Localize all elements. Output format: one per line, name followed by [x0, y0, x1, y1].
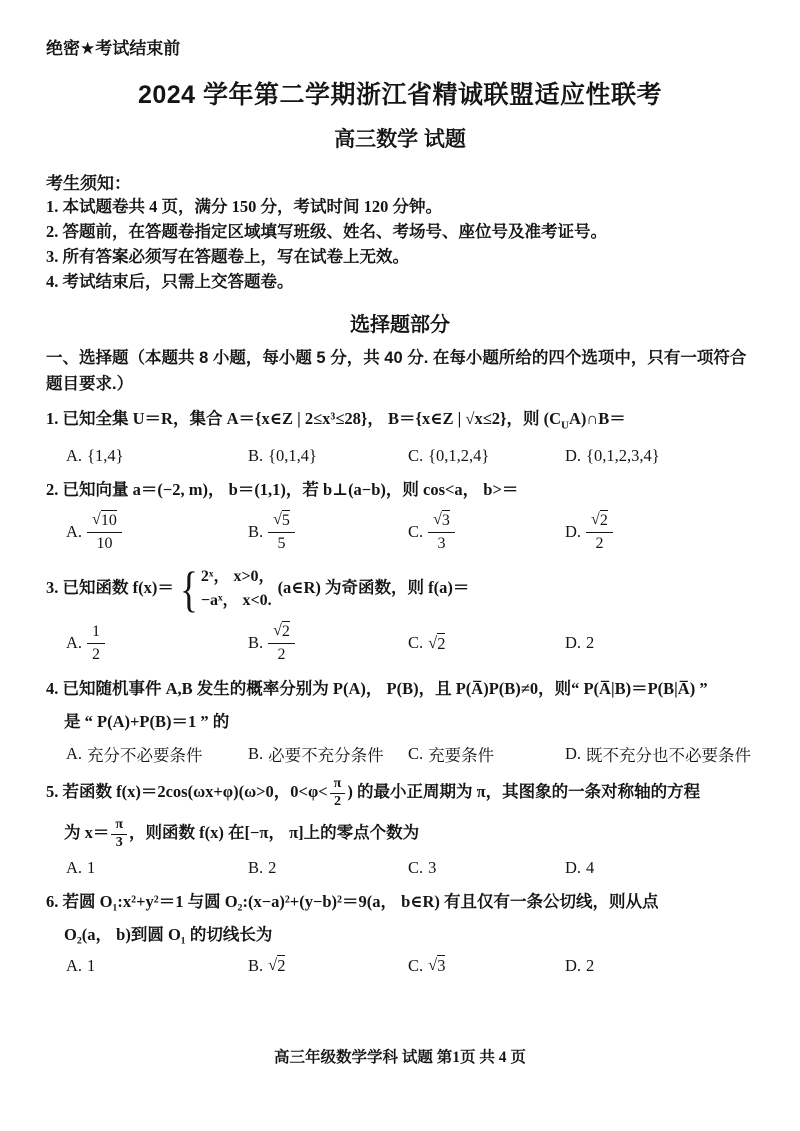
q5-option-d-text: 4 — [586, 858, 594, 878]
q2-option-d-radicand: 2 — [600, 510, 608, 531]
q2-option-a-fraction: 1010 — [87, 510, 122, 554]
question-4-options: A.充分不必要条件 B.必要不充分条件 C.充要条件 D.既不充分也不必要条件 — [46, 742, 754, 766]
question-2-stem: 2. 已知向量 a＝(−2, m)， b＝(1,1)，若 b⊥(a−b)，则 c… — [46, 476, 754, 503]
q2-option-c-radicand: 3 — [442, 510, 450, 531]
question-2-options: A.1010 B.55 C.33 D.22 — [46, 510, 754, 554]
question-5-stem-line-2: 为 x＝π3，则函数 f(x) 在[−π， π]上的零点个数为 — [46, 817, 754, 852]
question-3: 3. 已知函数 f(x)＝{2ˣ， x>0，−aˣ， x<0.(a∈R) 为奇函… — [46, 564, 754, 665]
q2-option-d-denominator: 2 — [595, 533, 603, 554]
notice-heading: 考生须知： — [46, 169, 754, 194]
q2-option-d: D.22 — [565, 510, 613, 554]
question-3-options: A.12 B.22 C.2 D.2 — [46, 621, 754, 665]
q4-option-a: A.充分不必要条件 — [66, 742, 248, 766]
exam-title: 2024 学年第二学期浙江省精诚联盟适应性联考 — [46, 75, 754, 111]
q6-option-c-radical: 3 — [428, 955, 445, 976]
q4-option-a-label: A. — [66, 744, 82, 764]
q1-option-a-label: A. — [66, 446, 82, 466]
q3-case-2: −aˣ， x<0. — [201, 589, 275, 614]
q4-option-d-label: D. — [565, 744, 581, 764]
question-1-options: A.{1,4} B.{0,1,4} C.{0,1,2,4} D.{0,1,2,3… — [46, 446, 754, 466]
q3-stem-post: (a∈R) 为奇函数，则 f(a)＝ — [278, 578, 470, 597]
q2-option-a-denominator: 10 — [96, 533, 112, 554]
q3-option-d-text: 2 — [586, 633, 594, 653]
q1-option-d-text: {0,1,2,3,4} — [586, 446, 660, 466]
q3-option-c-radical: 2 — [428, 633, 445, 654]
q2-option-c-denominator: 3 — [438, 533, 446, 554]
q2-option-b-label: B. — [248, 522, 263, 542]
q5-frac1-numerator: π — [330, 776, 346, 794]
q3-option-a-numerator: 1 — [87, 622, 105, 644]
q4-option-b-label: B. — [248, 744, 263, 764]
q5-stem-2a: 为 x＝ — [64, 823, 109, 842]
q4-option-c-label: C. — [408, 744, 423, 764]
section-heading: 选择题部分 — [46, 308, 754, 337]
q6-option-b-label: B. — [248, 956, 263, 976]
q2-option-b: B.55 — [248, 510, 408, 554]
brace-icon: { — [180, 564, 198, 614]
question-6: 6. 若圆 O₁:x²+y²＝1 与圆 O₂:(x−a)²+(y−b)²＝9(a… — [46, 888, 754, 976]
question-5-options: A.1 B.2 C.3 D.4 — [46, 858, 754, 878]
q2-option-d-fraction: 22 — [586, 510, 613, 554]
notice-item-2: 2. 答题前，在答题卷指定区域填写班级、姓名、考场号、座位号及准考证号。 — [46, 219, 754, 244]
q1-option-b-text: {0,1,4} — [268, 446, 317, 466]
q3-case-1: 2ˣ， x>0， — [201, 565, 275, 590]
q3-option-a: A.12 — [66, 622, 248, 665]
q3-stem-pre: 3. 已知函数 f(x)＝ — [46, 578, 174, 597]
q6-option-a-text: 1 — [87, 956, 95, 976]
q1-option-d: D.{0,1,2,3,4} — [565, 446, 660, 466]
q2-option-b-denominator: 5 — [278, 533, 286, 554]
radical-sign — [591, 510, 600, 530]
q1-stem-text-b: A)∩B＝ — [569, 409, 626, 428]
q3-option-c: C.2 — [408, 633, 565, 654]
q1-option-b-label: B. — [248, 446, 263, 466]
q3-option-a-fraction: 12 — [87, 622, 105, 665]
q5-option-b-label: B. — [248, 858, 263, 878]
question-4-stem-line-1: 4. 已知随机事件 A,B 发生的概率分别为 P(A)， P(B)，且 P(A̅… — [46, 675, 754, 702]
q6-option-a-label: A. — [66, 956, 82, 976]
q5-option-c-label: C. — [408, 858, 423, 878]
q5-frac2-numerator: π — [111, 817, 127, 835]
q1-option-d-label: D. — [565, 446, 581, 466]
q2-option-b-radicand: 5 — [282, 510, 290, 531]
q3-option-c-radicand: 2 — [437, 633, 445, 654]
radical-sign — [433, 510, 442, 530]
q1-complement-subscript: U — [561, 419, 569, 431]
question-5: 5. 若函数 f(x)＝2cos(ωx+φ)(ω>0，0<φ<π2) 的最小正周… — [46, 776, 754, 878]
q3-option-d: D.2 — [565, 633, 594, 653]
question-1: 1. 已知全集 U＝R，集合 A＝{x∈Z | 2≤x³≤28}， B＝{x∈Z… — [46, 405, 754, 466]
q5-phi-bound-fraction: π2 — [330, 776, 346, 811]
question-2: 2. 已知向量 a＝(−2, m)， b＝(1,1)，若 b⊥(a−b)，则 c… — [46, 476, 754, 554]
q6-option-b-radicand: 2 — [277, 955, 285, 976]
q5-option-c-text: 3 — [428, 858, 436, 878]
q1-option-a: A.{1,4} — [66, 446, 248, 466]
q3-option-c-label: C. — [408, 633, 423, 653]
q2-option-a-label: A. — [66, 522, 82, 542]
q5-option-a-label: A. — [66, 858, 82, 878]
q1-option-c-text: {0,1,2,4} — [428, 446, 489, 466]
q1-option-c: C.{0,1,2,4} — [408, 446, 565, 466]
section-intro: 一、选择题（本题共 8 小题，每小题 5 分，共 40 分. 在每小题所给的四个… — [46, 345, 754, 397]
q1-option-b: B.{0,1,4} — [248, 446, 408, 466]
classification-label: 绝密★考试结束前 — [46, 34, 754, 59]
q6-option-a: A.1 — [66, 956, 248, 976]
radical-sign — [92, 510, 101, 530]
question-3-stem: 3. 已知函数 f(x)＝{2ˣ， x>0，−aˣ， x<0.(a∈R) 为奇函… — [46, 564, 754, 614]
q5-option-b-text: 2 — [268, 858, 276, 878]
q2-option-a: A.1010 — [66, 510, 248, 554]
q2-option-b-fraction: 55 — [268, 510, 295, 554]
q4-option-b-text: 必要不充分条件 — [268, 742, 384, 766]
q6-option-d-text: 2 — [586, 956, 594, 976]
question-1-stem: 1. 已知全集 U＝R，集合 A＝{x∈Z | 2≤x³≤28}， B＝{x∈Z… — [46, 405, 754, 439]
q6-option-d: D.2 — [565, 956, 594, 976]
question-4: 4. 已知随机事件 A,B 发生的概率分别为 P(A)， P(B)，且 P(A̅… — [46, 675, 754, 766]
q6-option-d-label: D. — [565, 956, 581, 976]
q5-frac1-denominator: 2 — [334, 794, 341, 811]
exam-page: 绝密★考试结束前 2024 学年第二学期浙江省精诚联盟适应性联考 高三数学 试题… — [0, 0, 800, 1131]
q4-option-b: B.必要不充分条件 — [248, 742, 408, 766]
q3-option-a-denominator: 2 — [92, 644, 100, 665]
q5-stem-1b: ) 的最小正周期为 π，其图象的一条对称轴的方程 — [347, 782, 700, 801]
q4-option-a-text: 充分不必要条件 — [87, 742, 203, 766]
q3-option-b-label: B. — [248, 633, 263, 653]
q5-option-d-label: D. — [565, 858, 581, 878]
radical-sign — [273, 621, 282, 641]
page-footer: 高三年级数学学科 试题 第1页 共 4 页 — [0, 1045, 800, 1067]
radical-sign — [428, 633, 437, 653]
q6-option-c: C.3 — [408, 955, 565, 976]
notice-section: 考生须知： 1. 本试题卷共 4 页，满分 150 分，考试时间 120 分钟。… — [46, 169, 754, 294]
q3-piecewise: {2ˣ， x>0，−aˣ， x<0. — [177, 564, 275, 614]
q5-option-c: C.3 — [408, 858, 565, 878]
q2-option-c-label: C. — [408, 522, 423, 542]
q5-stem-1a: 5. 若函数 f(x)＝2cos(ωx+φ)(ω>0，0<φ< — [46, 782, 328, 801]
q6-option-b: B.2 — [248, 955, 408, 976]
q5-option-a-text: 1 — [87, 858, 95, 878]
q3-option-b-fraction: 22 — [268, 621, 295, 665]
q6-option-c-radicand: 3 — [437, 955, 445, 976]
radical-sign — [428, 955, 437, 975]
q6-option-b-radical: 2 — [268, 955, 285, 976]
notice-item-3: 3. 所有答案必须写在答题卷上，写在试卷上无效。 — [46, 244, 754, 269]
question-4-stem-line-2: 是 “ P(A)+P(B)＝1 ” 的 — [46, 708, 754, 735]
q5-option-d: D.4 — [565, 858, 594, 878]
question-6-stem-line-2: O₂(a， b)到圆 O₁ 的切线长为 — [46, 921, 754, 948]
q6-option-c-label: C. — [408, 956, 423, 976]
q2-option-c: C.33 — [408, 510, 565, 554]
exam-subtitle: 高三数学 试题 — [46, 123, 754, 153]
q4-option-c: C.充要条件 — [408, 742, 565, 766]
q1-option-c-label: C. — [408, 446, 423, 466]
q3-option-a-label: A. — [66, 633, 82, 653]
q5-frac2-denominator: 3 — [116, 835, 123, 852]
q4-option-d-text: 既不充分也不必要条件 — [586, 742, 751, 766]
q5-option-a: A.1 — [66, 858, 248, 878]
q5-stem-2b: ，则函数 f(x) 在[−π， π]上的零点个数为 — [129, 823, 419, 842]
q3-option-d-label: D. — [565, 633, 581, 653]
q4-option-c-text: 充要条件 — [428, 742, 494, 766]
notice-item-1: 1. 本试题卷共 4 页，满分 150 分，考试时间 120 分钟。 — [46, 194, 754, 219]
question-6-options: A.1 B.2 C.3 D.2 — [46, 955, 754, 976]
q2-option-c-fraction: 33 — [428, 510, 455, 554]
q2-option-a-radicand: 10 — [101, 510, 117, 531]
q4-option-d: D.既不充分也不必要条件 — [565, 742, 751, 766]
q5-option-b: B.2 — [248, 858, 408, 878]
q3-option-b-denominator: 2 — [278, 644, 286, 665]
q3-option-b-radicand: 2 — [282, 621, 290, 642]
q1-option-a-text: {1,4} — [87, 446, 123, 466]
question-6-stem-line-1: 6. 若圆 O₁:x²+y²＝1 与圆 O₂:(x−a)²+(y−b)²＝9(a… — [46, 888, 754, 915]
q2-option-d-label: D. — [565, 522, 581, 542]
radical-sign — [268, 955, 277, 975]
radical-sign — [273, 510, 282, 530]
q1-stem-text-a: 1. 已知全集 U＝R，集合 A＝{x∈Z | 2≤x³≤28}， B＝{x∈Z… — [46, 409, 561, 428]
q5-axis-fraction: π3 — [111, 817, 127, 852]
question-5-stem-line-1: 5. 若函数 f(x)＝2cos(ωx+φ)(ω>0，0<φ<π2) 的最小正周… — [46, 776, 754, 811]
notice-item-4: 4. 考试结束后，只需上交答题卷。 — [46, 269, 754, 294]
q3-option-b: B.22 — [248, 621, 408, 665]
